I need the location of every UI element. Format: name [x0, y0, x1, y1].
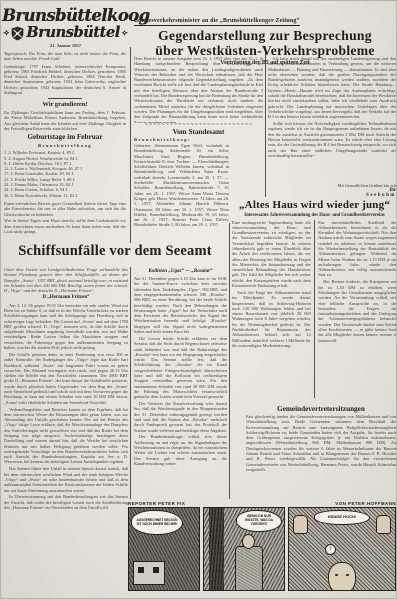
- seeamt-para: Der Bundesbeauftragte schloß sich dieser…: [134, 434, 227, 466]
- question-mark-bubble: ?: [325, 544, 336, 555]
- gratulieren-body: Ihr 25jähriges Geschäftsjubiläum kann am…: [4, 110, 126, 131]
- left-column-top: Tagesspruch: Die Frau, die man liebt, is…: [4, 51, 126, 243]
- figure-body-illustration: [235, 546, 263, 591]
- comic-panel-2: WENN ICH NUR WÜSSTE, WAS DA VORGEHT!: [203, 507, 285, 591]
- masthead-flourish-left: ⟢: [3, 28, 9, 38]
- seeamt-para: Am 4. 12. 56 gegen 19.55 Uhr herrschte e…: [4, 303, 128, 351]
- speech-bubble: HÄNDE HOCH!: [314, 510, 370, 525]
- masthead-title-line2: Brunsbüttel: [26, 26, 120, 41]
- gemeinde-body-wrap: Fast gleichzeitig fanden die Gemeindever…: [246, 414, 396, 496]
- seeamt-para: Am 31. Dezember gegen 3.10 Uhr kam es im…: [134, 276, 227, 334]
- seeamt-para: Das Seeamt führte den Unfall in seinem S…: [4, 466, 128, 492]
- speech-bubble: WENN ICH NUR WÜSSTE, WAS DA VORGEHT!: [236, 510, 282, 532]
- speech-bubble: AUSGERECHNET NELSON IST NOCH IMMER BEI M…: [131, 510, 183, 535]
- raised-hand-right-illustration: [376, 515, 391, 534]
- seeamt-col1: Unter dem Vorsitz von Landgerichtsdirekt…: [4, 267, 128, 593]
- raised-hand-left-illustration: [293, 515, 308, 534]
- comic-title-left: REPORTER PETER FIX: [128, 501, 185, 506]
- seeamt-para: Die Schiffe gerieten daher in einer Entf…: [4, 352, 128, 405]
- lead-kicker: Bundesverkehrsminister an die „Brunsbütt…: [134, 18, 300, 26]
- masthead-flourish-right: ⟣: [122, 28, 128, 38]
- gedenktage: Gedenktage: 1797 Franz Schubert, österre…: [4, 64, 126, 96]
- standesamt-heading: Vom Standesamt: [134, 128, 263, 136]
- altes-haus-article: „Altes Haus wird wieder jung“ Interessan…: [232, 200, 397, 398]
- lead-col1-text: Dem Bericht in unserer Ausgabe vom 16. 1…: [134, 56, 263, 123]
- gemeinde-article: Gemeindevertretersitzungen Fast gleichze…: [246, 405, 396, 496]
- seeamt-col2: Kollision „Ugaz“ — „Rosalar“ Am 31. Deze…: [134, 267, 227, 499]
- comic-panel-1: AUSGERECHNET NELSON IST NOCH IMMER BEI M…: [128, 507, 200, 591]
- altes-haus-subhead: Interessante Jahresversammlung des Haus-…: [232, 213, 397, 218]
- right-column-top: Ich habe mich darauf mit der zuständigen…: [268, 56, 396, 198]
- note-paragraph: Wer in diesen Tagen sein Haus streicht, …: [4, 218, 126, 234]
- lead-col2-para: Ich habe mich darauf mit der zuständigen…: [268, 56, 396, 120]
- standesamt-subheading: Brunsbüttelkoog:: [134, 137, 263, 142]
- section-divider: [48, 98, 82, 99]
- note-paragraph: Einen erfreulichen Beweis guter Gesundhe…: [4, 201, 126, 217]
- standesamt-body-wrap: Geburten: Zimmermann Egon Wulf, wohnhaft…: [134, 143, 229, 237]
- comic-strip: REPORTER PETER FIX VON PETER HOFFMANN AU…: [128, 501, 396, 591]
- squiggle-separator: ∿∿∿∿∿∿∿∿∿∿∿∿∿∿∿∿∿∿∿∿∿∿∿∿∿∿: [134, 123, 263, 128]
- gemeinde-body: Fast gleichzeitig fanden die Gemeindever…: [246, 414, 396, 472]
- figure-head-illustration: [242, 534, 255, 549]
- seeamt-subhead-2: Kollision „Ugaz“ — „Rosalar“: [134, 269, 227, 275]
- seeamt-lead: Unter dem Vorsitz von Landgerichtsdirekt…: [4, 267, 128, 293]
- tagesspruch: Tagesspruch: Die Frau, die man liebt, is…: [4, 51, 126, 62]
- seeamt-para: Verhandlungsleiter und Beisitzer kamen z…: [4, 407, 128, 465]
- column-rule: [265, 47, 266, 197]
- seeamt-headline: Schiffsunfälle vor dem Seeamt: [1, 244, 229, 259]
- standesamt-body: Geburten: Zimmermann Egon Wulf, wohnhaft…: [134, 143, 229, 228]
- birthday-entry: 26. 2. Berta Kowalewski, Fährstr. 11, 82…: [4, 193, 126, 198]
- gemeinde-heading: Gemeindevertretersitzungen: [246, 405, 396, 413]
- tree-trunk-illustration: [209, 508, 224, 590]
- altes-haus-para: Eine umfangreiche Tagesordnung hatte die…: [232, 220, 311, 289]
- lead-col2-para: Sollte sich hieraus die Notwendigkeit vo…: [268, 121, 396, 158]
- geburtstage-subheading: Brunsbüttelkoog: [4, 143, 126, 149]
- altes-haus-para: Auch die Frage der Althausmieten stand i…: [232, 290, 311, 348]
- altes-haus-para: Der Redner forderte, die Erträgnisse nur…: [318, 279, 397, 343]
- geburtstage-heading: Geburtstage im Februar: [4, 133, 126, 142]
- altes-haus-col-b: Ein unverständliches Stiefkind des Altha…: [314, 220, 397, 398]
- lead-headline-line1: Gegendarstellung zur Besprechung: [134, 29, 396, 44]
- seeamt-para: In Übereinstimmung mit den Bundesbeauftr…: [4, 494, 128, 510]
- masthead: Brunsbüttelkoog ⟢ Brunsbüttel ⟣ 31. Janu…: [2, 8, 129, 48]
- altes-haus-para: Ein unverständliches Stiefkind des Altha…: [318, 220, 397, 278]
- masthead-date: 31. Januar 1957: [2, 43, 129, 48]
- seeamt-para: Der Vertreter der Kanalverwaltung wies d…: [134, 401, 227, 433]
- signature-name: Seebohm: [268, 193, 396, 198]
- seeamt-para: Die Lotsen beider Schiffe erklärten vor …: [134, 336, 227, 400]
- gratulieren-heading: Wir gratulieren!: [4, 101, 126, 109]
- comic-title-right: VON PETER HOFFMANN: [335, 501, 396, 506]
- newspaper-page: Brunsbüttelkoog ⟢ Brunsbüttel ⟣ 31. Janu…: [0, 0, 397, 599]
- coat-of-arms-icon: [11, 26, 24, 41]
- lead-col2: Ich habe mich darauf mit der zuständigen…: [268, 56, 396, 183]
- seeamt-subhead-1: D „Hermann Fritzen“: [4, 295, 128, 301]
- face-illustration: [328, 562, 356, 591]
- masthead-title-line1: Brunsbüttelkoog: [2, 8, 129, 25]
- column-rule: [130, 47, 131, 243]
- comic-panel-3: ? HÄNDE HOCH!: [288, 507, 396, 591]
- altes-haus-headline: „Altes Haus wird wieder jung“: [232, 200, 397, 211]
- geburtstage-list: 1. 2. Wilhelm Freiwurst, Kautstr. 4, 85 …: [4, 150, 126, 198]
- altes-haus-col-a: Eine umfangreiche Tagesordnung hatte die…: [232, 220, 311, 398]
- house-illustration: [133, 561, 165, 585]
- lead-col1: Dem Bericht in unserer Ausgabe vom 16. 1…: [134, 56, 263, 123]
- altes-haus-columns: Eine umfangreiche Tagesordnung hatte die…: [232, 220, 397, 398]
- column-rule: [130, 267, 131, 499]
- column-rule: [229, 223, 230, 499]
